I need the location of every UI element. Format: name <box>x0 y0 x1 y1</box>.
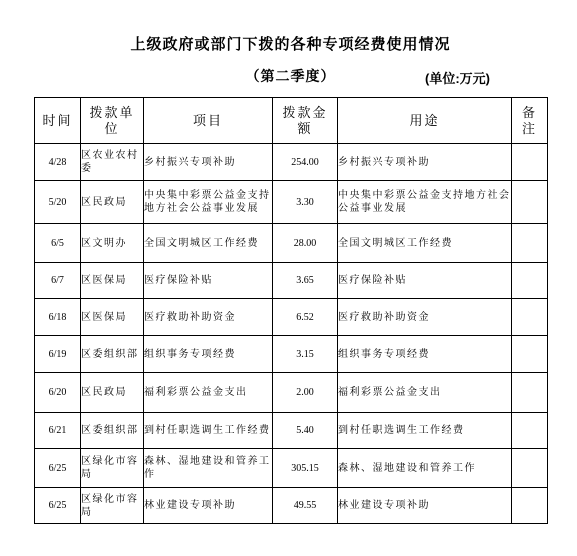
cell-project: 医疗救助补助资金 <box>144 299 273 336</box>
cell-unit: 区委组织部 <box>81 413 144 449</box>
cell-date: 6/18 <box>35 299 81 336</box>
col-header-unit: 拨款单位 <box>81 98 144 144</box>
cell-project: 乡村振兴专项补助 <box>144 144 273 181</box>
table-row: 5/20 区民政局 中央集中彩票公益金支持地方社会公益事业发展 3.30 中央集… <box>35 181 548 224</box>
table-row: 6/5 区文明办 全国文明城区工作经费 28.00 全国文明城区工作经费 <box>35 224 548 263</box>
cell-note <box>512 336 548 373</box>
cell-unit: 区绿化市容局 <box>81 449 144 488</box>
page-title: 上级政府或部门下拨的各种专项经费使用情况 <box>34 33 547 54</box>
cell-amount: 28.00 <box>273 224 338 263</box>
cell-amount: 305.15 <box>273 449 338 488</box>
cell-project: 组织事务专项经费 <box>144 336 273 373</box>
cell-unit: 区农业农村委 <box>81 144 144 181</box>
header-row: 时间 拨款单位 项目 拨款金额 用途 备注 <box>35 98 548 144</box>
cell-purpose: 中央集中彩票公益金支持地方社会公益事业发展 <box>338 181 512 224</box>
cell-purpose: 林业建设专项补助 <box>338 488 512 524</box>
col-header-time: 时间 <box>35 98 81 144</box>
document-page: { "title": "上级政府或部门下拨的各种专项经费使用情况", "subt… <box>0 0 577 556</box>
cell-amount: 254.00 <box>273 144 338 181</box>
cell-date: 6/5 <box>35 224 81 263</box>
cell-amount: 3.30 <box>273 181 338 224</box>
cell-purpose: 到村任职选调生工作经费 <box>338 413 512 449</box>
cell-amount: 3.65 <box>273 263 338 299</box>
cell-note <box>512 373 548 413</box>
table-row: 6/21 区委组织部 到村任职选调生工作经费 5.40 到村任职选调生工作经费 <box>35 413 548 449</box>
cell-amount: 6.52 <box>273 299 338 336</box>
cell-purpose: 组织事务专项经费 <box>338 336 512 373</box>
cell-date: 6/25 <box>35 449 81 488</box>
cell-purpose: 医疗救助补助资金 <box>338 299 512 336</box>
cell-project: 林业建设专项补助 <box>144 488 273 524</box>
cell-amount: 3.15 <box>273 336 338 373</box>
cell-unit: 区民政局 <box>81 373 144 413</box>
col-header-amount: 拨款金额 <box>273 98 338 144</box>
table-row: 6/20 区民政局 福利彩票公益金支出 2.00 福利彩票公益金支出 <box>35 373 548 413</box>
cell-date: 6/7 <box>35 263 81 299</box>
cell-unit: 区绿化市容局 <box>81 488 144 524</box>
unit-note: (单位:万元) <box>425 68 490 87</box>
table-row: 6/25 区绿化市容局 林业建设专项补助 49.55 林业建设专项补助 <box>35 488 548 524</box>
table-row: 6/18 区医保局 医疗救助补助资金 6.52 医疗救助补助资金 <box>35 299 548 336</box>
cell-note <box>512 413 548 449</box>
cell-date: 6/21 <box>35 413 81 449</box>
col-header-purpose: 用途 <box>338 98 512 144</box>
cell-note <box>512 181 548 224</box>
cell-purpose: 乡村振兴专项补助 <box>338 144 512 181</box>
table-row: 6/25 区绿化市容局 森林、湿地建设和管养工作 305.15 森林、湿地建设和… <box>35 449 548 488</box>
col-header-note: 备注 <box>512 98 548 144</box>
cell-purpose: 福利彩票公益金支出 <box>338 373 512 413</box>
cell-note <box>512 263 548 299</box>
cell-purpose: 全国文明城区工作经费 <box>338 224 512 263</box>
cell-unit: 区文明办 <box>81 224 144 263</box>
cell-project: 医疗保险补贴 <box>144 263 273 299</box>
cell-date: 4/28 <box>35 144 81 181</box>
cell-purpose: 森林、湿地建设和管养工作 <box>338 449 512 488</box>
cell-unit: 区委组织部 <box>81 336 144 373</box>
cell-amount: 2.00 <box>273 373 338 413</box>
cell-amount: 49.55 <box>273 488 338 524</box>
cell-project: 中央集中彩票公益金支持地方社会公益事业发展 <box>144 181 273 224</box>
cell-amount: 5.40 <box>273 413 338 449</box>
table-row: 6/19 区委组织部 组织事务专项经费 3.15 组织事务专项经费 <box>35 336 548 373</box>
cell-unit: 区医保局 <box>81 299 144 336</box>
cell-project: 森林、湿地建设和管养工作 <box>144 449 273 488</box>
cell-note <box>512 449 548 488</box>
table-row: 6/7 区医保局 医疗保险补贴 3.65 医疗保险补贴 <box>35 263 548 299</box>
cell-project: 到村任职选调生工作经费 <box>144 413 273 449</box>
cell-date: 6/19 <box>35 336 81 373</box>
cell-date: 5/20 <box>35 181 81 224</box>
cell-note <box>512 144 548 181</box>
cell-note <box>512 224 548 263</box>
funds-table: 时间 拨款单位 项目 拨款金额 用途 备注 4/28 区农业农村委 乡村振兴专项… <box>34 97 548 524</box>
cell-date: 6/25 <box>35 488 81 524</box>
cell-purpose: 医疗保险补贴 <box>338 263 512 299</box>
cell-project: 全国文明城区工作经费 <box>144 224 273 263</box>
table-row: 4/28 区农业农村委 乡村振兴专项补助 254.00 乡村振兴专项补助 <box>35 144 548 181</box>
cell-unit: 区医保局 <box>81 263 144 299</box>
cell-unit: 区民政局 <box>81 181 144 224</box>
cell-date: 6/20 <box>35 373 81 413</box>
cell-note <box>512 488 548 524</box>
cell-note <box>512 299 548 336</box>
cell-project: 福利彩票公益金支出 <box>144 373 273 413</box>
col-header-project: 项目 <box>144 98 273 144</box>
